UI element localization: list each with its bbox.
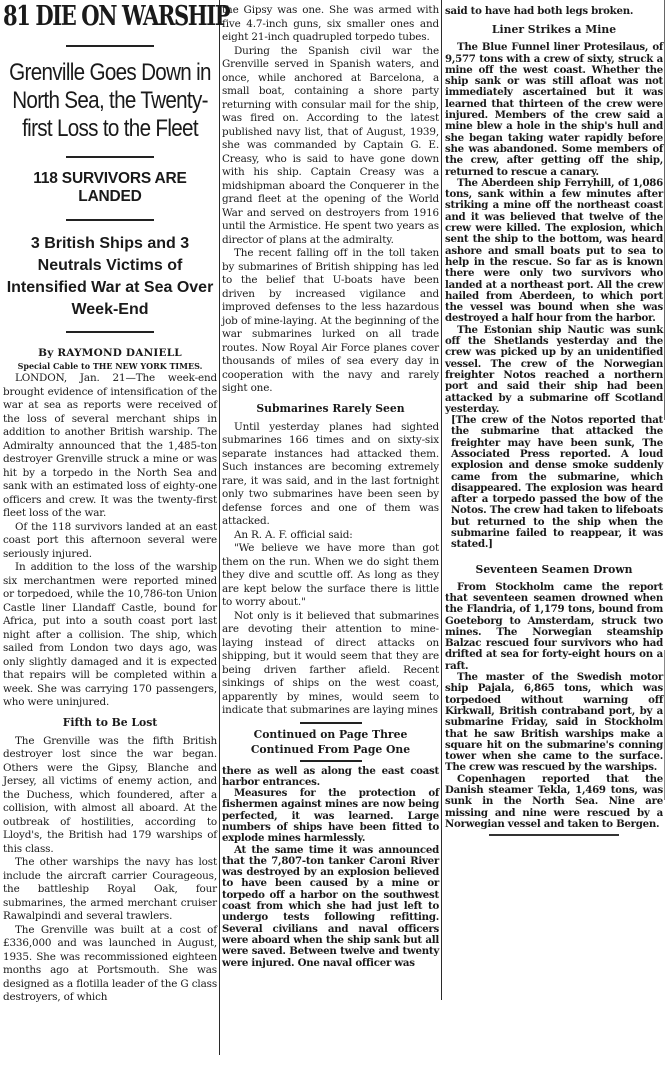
column-1: 81 DIE ON WARSHIP Grenville Goes Down in… <box>3 0 217 1005</box>
headline-rule <box>66 45 154 47</box>
continued-from-label: Continued From Page One <box>222 743 439 756</box>
end-rule <box>489 834 619 836</box>
article-paragraph: said to have had both legs broken. <box>445 6 663 17</box>
jump-rule <box>300 760 362 762</box>
headline-deck-3: 3 British Ships and 3 Neutrals Victims o… <box>3 233 217 321</box>
subhead: Liner Strikes a Mine <box>445 23 663 36</box>
jump-rule <box>300 722 362 724</box>
continued-on-label: Continued on Page Three <box>222 728 439 741</box>
column-divider <box>664 650 665 800</box>
headline-rule <box>66 331 154 333</box>
column-divider <box>219 0 220 1055</box>
article-paragraph: Of the 118 survivors landed at an east c… <box>3 521 217 562</box>
article-paragraph: Measures for the protection of fishermen… <box>222 788 439 844</box>
column-2: the Gipsy was one. She was armed with fi… <box>222 0 439 969</box>
article-paragraph: From Stockholm came the report that seve… <box>445 582 663 672</box>
article-paragraph: The Aberdeen ship Ferryhill, of 1,086 to… <box>445 178 663 325</box>
byline-credit: Special Cable to THE NEW YORK TIMES. <box>3 361 217 371</box>
article-paragraph: The other warships the navy has lost inc… <box>3 856 217 924</box>
article-paragraph: LONDON, Jan. 21—The week-end brought evi… <box>3 372 217 521</box>
article-paragraph: The Grenville was built at a cost of £33… <box>3 924 217 1005</box>
byline-author: By RAYMOND DANIELL <box>3 347 217 359</box>
article-paragraph: During the Spanish civil war the Grenvil… <box>222 45 439 248</box>
headline-rule <box>66 219 154 221</box>
article-paragraph: there as well as along the east coast ha… <box>222 766 439 789</box>
bracketed-note: [The crew of the Notos reported that the… <box>445 415 663 551</box>
subhead: Submarines Rarely Seen <box>222 402 439 415</box>
subhead: Seventeen Seamen Drown <box>445 563 663 576</box>
headline-deck-1: Grenville Goes Down in North Sea, the Tw… <box>4 59 216 143</box>
article-paragraph: Until yesterday planes had sighted subma… <box>222 421 439 529</box>
article-paragraph: The recent falling off in the toll taken… <box>222 247 439 396</box>
subhead: Fifth to Be Lost <box>3 716 217 729</box>
article-paragraph: The Estonian ship Nautic was sunk off th… <box>445 325 663 415</box>
article-paragraph: Not only is it believed that submarines … <box>222 610 439 718</box>
article-paragraph: Copenhagen reported that the Danish stea… <box>445 774 663 830</box>
article-paragraph: At the same time it was announced that t… <box>222 845 439 969</box>
headline-rule <box>66 156 154 158</box>
article-paragraph: the Gipsy was one. She was armed with fi… <box>222 4 439 45</box>
article-paragraph: In addition to the loss of the warship s… <box>3 561 217 710</box>
column-divider <box>441 0 442 1000</box>
article-paragraph: The Blue Funnel liner Protesilaus, of 9,… <box>445 42 663 178</box>
newspaper-clipping: 81 DIE ON WARSHIP Grenville Goes Down in… <box>0 0 667 1080</box>
article-paragraph: The master of the Swedish motor ship Paj… <box>445 672 663 774</box>
column-3: said to have had both legs broken. Liner… <box>445 0 663 836</box>
headline-deck-2: 118 SURVIVORS ARE LANDED <box>3 170 217 206</box>
article-paragraph: An R. A. F. official said: <box>222 529 439 543</box>
article-paragraph: The Grenville was the fifth British dest… <box>3 735 217 857</box>
article-paragraph: "We believe we have more than got them o… <box>222 542 439 610</box>
main-headline: 81 DIE ON WARSHIP <box>3 2 214 32</box>
column-divider <box>664 0 665 420</box>
